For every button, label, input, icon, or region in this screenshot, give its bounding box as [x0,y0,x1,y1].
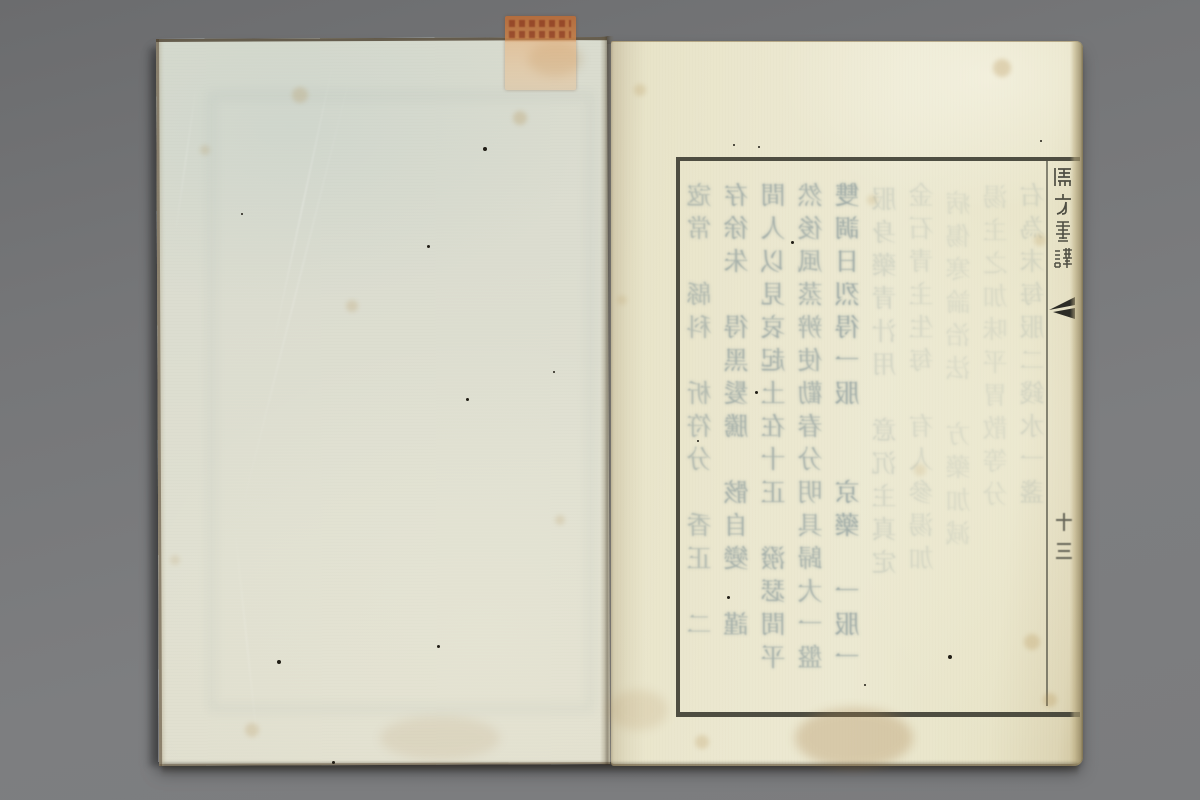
label-sticker [505,16,576,90]
ghost-text-column: 存徐朱 得黑髮騰 骸自變 謹 [720,182,756,644]
wormhole-speck [697,440,699,442]
foxing-spot [695,735,709,749]
wormhole-speck [427,245,430,248]
foxing-spot [617,295,627,305]
ghost-text-column: 金石青主生每 有人參湯加 [905,182,941,578]
wormhole-speck [727,596,730,599]
wormhole-speck [437,645,440,648]
ghost-text-column: 湯主之加味平胃散等分 [979,184,1015,514]
foxing-spot [200,145,210,155]
foxing-spot [867,195,877,205]
photograph-backdrop: 宼常 緜科 析符分 香正 二存徐朱 得黑髮騰 骸自變 謹間人以見哀起土在十正 潑… [0,0,1200,800]
water-stain [380,716,500,760]
ghost-text-column: 病傷寒論治法 方藥加減 [942,190,978,553]
foxing-spot [170,555,180,565]
foxing-spot [1043,693,1057,707]
wormhole-speck [277,660,281,664]
wormhole-speck [864,684,866,686]
foxing-spot [1034,234,1046,246]
page-fold-outer-edge [1070,41,1083,766]
foxing-spot [513,111,527,125]
foxing-spot [914,464,926,476]
ghost-text-column: 服身藥青汁用 意沉主真定 [868,186,904,582]
wormhole-speck [733,144,735,146]
left-edge-shadow [146,48,156,766]
left-page-frame-impression [208,92,594,712]
foxing-spot [346,300,358,312]
foxing-spot [634,84,646,96]
wormhole-speck [241,213,243,215]
bottom-edge-shadow [162,763,1078,775]
foxing-spot [292,87,308,103]
ghost-text-column: 雙調日烈得一服 京藥 一服一 [831,182,867,677]
water-stain [608,690,668,730]
wormhole-speck [755,391,758,394]
water-stain [795,708,913,768]
wormhole-speck [1040,140,1042,142]
wormhole-speck [466,398,469,401]
foxing-spot [555,515,565,525]
foxing-spot [993,59,1011,77]
wormhole-speck [948,655,952,659]
ghost-text-column: 右為末每服二錢水一盞 [1016,182,1052,512]
ghost-text-column: 然後風蒸辨使勸春分明具歸大一盤 [794,182,830,677]
wormhole-speck [758,146,760,148]
wormhole-speck [553,371,555,373]
wormhole-speck [483,147,487,151]
foxing-spot [1024,634,1040,650]
ghost-text-column: 宼常 緜科 析符分 香正 二 [683,182,719,644]
ghost-text-column: 間人以見哀起土在十正 潑瑟間平 [757,182,793,677]
wormhole-speck [791,241,794,244]
book-gutter-spine-crease [600,36,614,765]
